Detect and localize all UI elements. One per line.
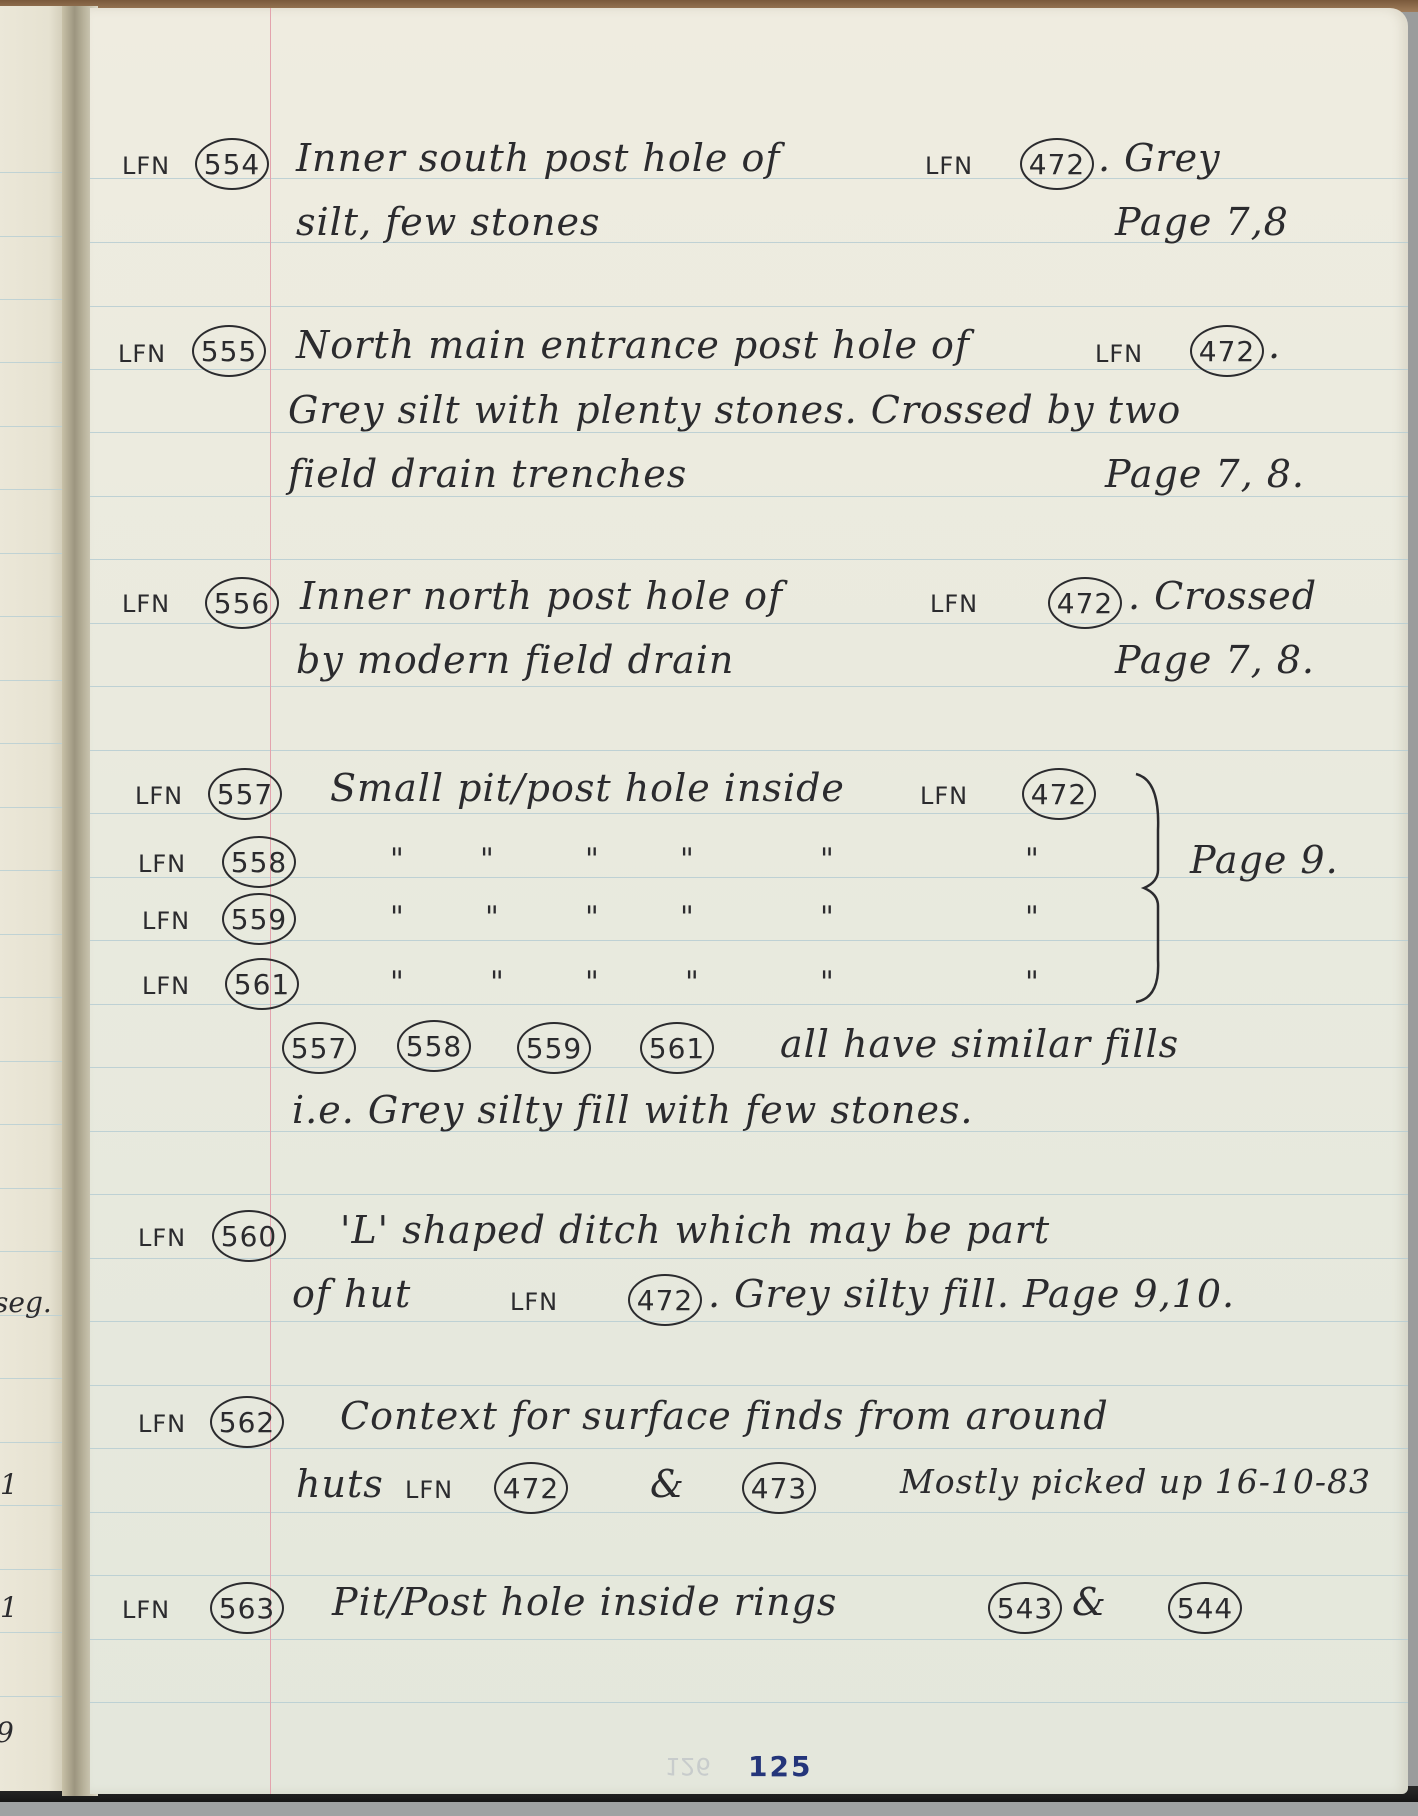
entry-text: i.e. Grey silty fill with few stones.	[292, 1088, 974, 1132]
lfn-label: LFN	[122, 152, 170, 180]
ruled-line	[90, 1385, 1408, 1386]
entry-text: Small pit/post hole inside	[330, 766, 845, 810]
circled-number: 472	[1022, 768, 1096, 820]
circled-number: 558	[397, 1020, 471, 1072]
circled-number: 472	[1190, 325, 1264, 377]
ditto-mark: "	[685, 965, 699, 1000]
circled-number: 562	[210, 1396, 284, 1448]
ruled-line	[90, 559, 1408, 560]
ruled-line	[90, 1004, 1408, 1005]
ruled-line	[0, 1442, 70, 1443]
ditto-mark: "	[485, 900, 499, 935]
ditto-mark: "	[390, 965, 404, 1000]
ruled-line	[90, 1702, 1408, 1703]
circled-number: 472	[628, 1274, 702, 1326]
ditto-mark: "	[585, 900, 599, 935]
ditto-mark: "	[820, 842, 834, 877]
bleed-through-page-number: 126	[665, 1752, 711, 1780]
circled-number: 560	[212, 1210, 286, 1262]
ruled-line	[90, 306, 1408, 307]
circled-number: 556	[205, 577, 279, 629]
circled-number: 472	[494, 1462, 568, 1514]
background-surface	[0, 1802, 1418, 1816]
ditto-mark: "	[480, 842, 494, 877]
entry-text: Mostly picked up 16-10-83	[900, 1462, 1371, 1501]
ruled-line	[90, 1321, 1408, 1322]
entry-text: Inner south post hole of	[296, 136, 780, 180]
lfn-label: LFN	[138, 1224, 186, 1252]
entry-text: .	[1268, 323, 1281, 367]
circled-number: 472	[1048, 577, 1122, 629]
circled-number: 559	[517, 1022, 591, 1074]
ditto-mark: "	[820, 900, 834, 935]
circled-number: 557	[208, 768, 282, 820]
circled-number: 561	[640, 1022, 714, 1074]
ruled-line	[0, 1188, 70, 1189]
lfn-label: LFN	[405, 1476, 453, 1504]
ditto-mark: "	[680, 900, 694, 935]
page-reference: Page 7, 8.	[1105, 452, 1305, 496]
circled-number: 473	[742, 1462, 816, 1514]
ruled-line	[90, 1512, 1408, 1513]
entry-text: silt, few stones	[296, 200, 601, 244]
ruled-line	[0, 1696, 70, 1697]
ditto-mark: "	[585, 842, 599, 877]
left-page-note: 1	[0, 1591, 18, 1624]
ruled-line	[0, 1569, 70, 1570]
ruled-line	[0, 807, 70, 808]
entry-text: Grey silt with plenty stones. Crossed by…	[288, 388, 1181, 432]
circled-number: 544	[1168, 1582, 1242, 1634]
entry-text: &	[1072, 1580, 1107, 1624]
lfn-label: LFN	[122, 1596, 170, 1624]
ruled-line	[90, 813, 1408, 814]
entry-text: field drain trenches	[288, 452, 687, 496]
ruled-line	[0, 362, 70, 363]
circled-number: 563	[210, 1582, 284, 1634]
lfn-label: LFN	[925, 152, 973, 180]
entry-text: . Grey silty fill. Page 9,10.	[708, 1272, 1235, 1316]
lfn-label: LFN	[122, 590, 170, 618]
circled-number: 557	[282, 1022, 356, 1074]
ruled-line	[90, 432, 1408, 433]
ditto-mark: "	[820, 965, 834, 1000]
curly-brace	[1130, 770, 1170, 1005]
lfn-label: LFN	[138, 1410, 186, 1438]
ruled-line	[90, 1067, 1408, 1068]
ruled-line	[90, 940, 1408, 941]
page-reference: Page 7, 8.	[1115, 638, 1315, 682]
circled-number: 561	[225, 958, 299, 1010]
ruled-line	[0, 553, 70, 554]
ruled-line	[0, 426, 70, 427]
ruled-line	[0, 934, 70, 935]
ditto-mark: "	[680, 842, 694, 877]
ruled-line	[0, 1632, 70, 1633]
lfn-label: LFN	[138, 850, 186, 878]
ruled-line	[90, 1194, 1408, 1195]
ruled-line	[0, 1378, 70, 1379]
page-number: 125	[748, 1750, 812, 1783]
left-page-note: 9	[0, 1716, 14, 1749]
ruled-line	[90, 1448, 1408, 1449]
notebook-page	[90, 8, 1408, 1794]
ditto-mark: "	[1025, 965, 1039, 1000]
circled-number: 555	[192, 325, 266, 377]
ruled-line	[0, 616, 70, 617]
ruled-line	[0, 1251, 70, 1252]
page-reference: Page 7,8	[1115, 200, 1289, 244]
entry-text: huts	[296, 1462, 384, 1506]
ditto-mark: "	[390, 900, 404, 935]
ditto-mark: "	[1025, 842, 1039, 877]
ruled-line	[90, 1258, 1408, 1259]
lfn-label: LFN	[142, 907, 190, 935]
ruled-line	[0, 870, 70, 871]
ruled-line	[0, 172, 70, 173]
entry-text: &	[650, 1462, 685, 1506]
entry-text: 'L' shaped ditch which may be part	[340, 1208, 1050, 1252]
ruled-line	[90, 1575, 1408, 1576]
ruled-line	[0, 1124, 70, 1125]
ruled-line	[0, 1505, 70, 1506]
left-page-note: seg.	[0, 1286, 52, 1319]
entry-text: North main entrance post hole of	[296, 323, 970, 367]
entry-text: . Grey	[1098, 136, 1221, 180]
lfn-label: LFN	[118, 340, 166, 368]
entry-text: Pit/Post hole inside rings	[332, 1580, 837, 1624]
entry-text: all have similar fills	[780, 1022, 1179, 1066]
ruled-line	[0, 489, 70, 490]
ditto-mark: "	[490, 965, 504, 1000]
ruled-line	[0, 236, 70, 237]
ruled-line	[0, 743, 70, 744]
circled-number: 558	[222, 836, 296, 888]
left-page-note: 1	[0, 1468, 18, 1501]
ruled-line	[90, 1639, 1408, 1640]
entry-text: . Crossed	[1128, 574, 1317, 618]
left-page: seg. 1 1 9	[0, 6, 70, 1791]
circled-number: 559	[222, 893, 296, 945]
ruled-line	[90, 623, 1408, 624]
entry-text: of hut	[292, 1272, 411, 1316]
lfn-label: LFN	[930, 590, 978, 618]
circled-number: 472	[1020, 138, 1094, 190]
ruled-line	[0, 1061, 70, 1062]
ruled-line	[0, 299, 70, 300]
ruled-line	[90, 496, 1408, 497]
ruled-line	[90, 686, 1408, 687]
page-reference: Page 9.	[1190, 838, 1339, 882]
circled-number: 543	[988, 1582, 1062, 1634]
lfn-label: LFN	[920, 782, 968, 810]
lfn-label: LFN	[142, 972, 190, 1000]
ditto-mark: "	[390, 842, 404, 877]
ruled-line	[0, 997, 70, 998]
ditto-mark: "	[585, 965, 599, 1000]
entry-text: by modern field drain	[296, 638, 734, 682]
entry-text: Inner north post hole of	[300, 574, 783, 618]
ditto-mark: "	[1025, 900, 1039, 935]
entry-text: Context for surface finds from around	[340, 1394, 1109, 1438]
lfn-label: LFN	[510, 1288, 558, 1316]
ruled-line	[0, 680, 70, 681]
circled-number: 554	[195, 138, 269, 190]
lfn-label: LFN	[135, 782, 183, 810]
lfn-label: LFN	[1095, 340, 1143, 368]
ruled-line	[90, 750, 1408, 751]
